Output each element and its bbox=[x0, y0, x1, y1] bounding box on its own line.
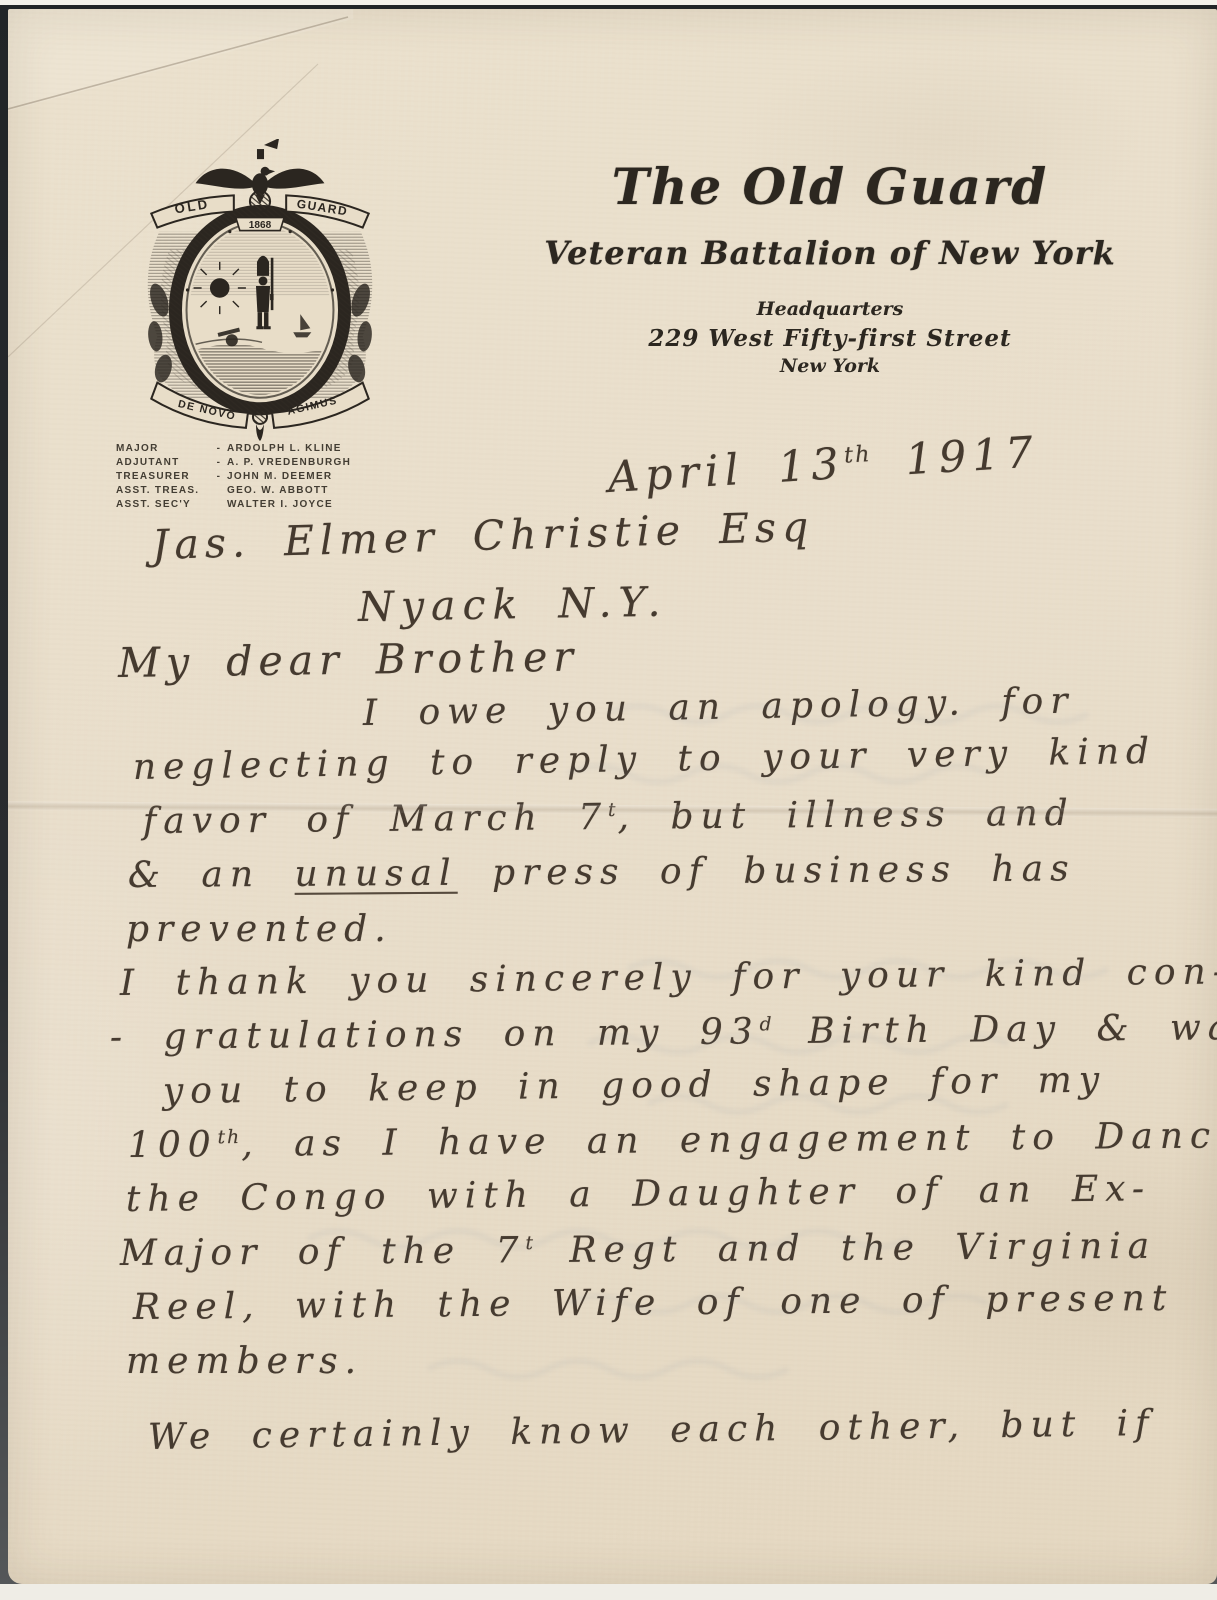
letter-line: neglecting to reply to your very kind bbox=[133, 730, 1204, 801]
officer-name: ARDOLPH L. KLINE bbox=[227, 443, 366, 454]
officer-role: TREASURER bbox=[116, 471, 211, 482]
letter-line: favor of March 7t, but illness and bbox=[143, 792, 1203, 855]
organization-title: The Old Guard bbox=[528, 157, 1132, 216]
scanned-letter-page: { "scan": { "background_color": "#2b2e30… bbox=[0, 0, 1217, 1600]
svg-text:1868: 1868 bbox=[249, 220, 272, 231]
officer-roster: MAJOR - ARDOLPH L. KLINE ADJUTANT - A. P… bbox=[116, 441, 366, 511]
sunburst-icon bbox=[194, 262, 246, 314]
officer-row: MAJOR - ARDOLPH L. KLINE bbox=[116, 441, 366, 455]
addressee-name: Jas. Elmer Christie Esq bbox=[151, 503, 815, 569]
letter-line: members. bbox=[126, 1341, 1203, 1395]
letter-line: the Congo with a Daughter of an Ex- bbox=[126, 1168, 1204, 1233]
officer-name: GEO. W. ABBOTT bbox=[227, 485, 366, 496]
letter-line: you to keep in good shape for my bbox=[163, 1058, 1204, 1125]
letterhead-block: The Old Guard Veteran Battalion of New Y… bbox=[528, 157, 1132, 377]
letter-line: We certainly know each other, but if bbox=[148, 1402, 1204, 1471]
officer-role: ADJUTANT bbox=[116, 457, 211, 468]
letter-body: I owe you an apology. for neglecting to … bbox=[118, 693, 1203, 1471]
scan-top-edge bbox=[0, 0, 1217, 5]
officer-row: ASST. SEC'Y WALTER I. JOYCE bbox=[116, 497, 366, 511]
organization-subtitle: Veteran Battalion of New York bbox=[528, 234, 1132, 272]
officer-name: JOHN M. DEEMER bbox=[227, 471, 366, 482]
officer-row: ASST. TREAS. GEO. W. ABBOTT bbox=[116, 483, 366, 497]
letter-date: April 13th 1917 bbox=[607, 427, 1041, 503]
letter-line: Major of the 7t Regt and the Virginia bbox=[120, 1225, 1203, 1287]
officer-role: ASST. SEC'Y bbox=[116, 499, 211, 510]
officer-name: A. P. VREDENBURGH bbox=[227, 457, 366, 468]
street-address: 229 West Fifty-first Street bbox=[528, 325, 1132, 352]
headquarters-label: Headquarters bbox=[528, 298, 1132, 320]
crest-top-banner: OLD GUARD 1868 bbox=[151, 191, 368, 231]
officer-name: WALTER I. JOYCE bbox=[227, 499, 366, 510]
officer-row: TREASURER - JOHN M. DEEMER bbox=[116, 469, 366, 483]
letter-line: I thank you sincerely for your kind con- bbox=[120, 952, 1204, 1017]
salutation: My dear Brother bbox=[118, 633, 580, 687]
letter-line: Reel, with the Wife of one of present bbox=[133, 1278, 1203, 1341]
letter-line: & an unusal press of business has bbox=[128, 847, 1203, 909]
old-guard-crest: OLD GUARD 1868 DE NOVO AGIMUS bbox=[128, 139, 392, 441]
scan-bottom-edge bbox=[0, 1584, 1217, 1600]
city-line: New York bbox=[528, 355, 1132, 377]
letter-paper: OLD GUARD 1868 DE NOVO AGIMUS MAJOR - AR… bbox=[8, 9, 1217, 1584]
officer-row: ADJUTANT - A. P. VREDENBURGH bbox=[116, 455, 366, 469]
addressee-city: Nyack N.Y. bbox=[358, 578, 668, 631]
officer-role: ASST. TREAS. bbox=[116, 485, 211, 496]
officer-role: MAJOR bbox=[116, 443, 211, 454]
